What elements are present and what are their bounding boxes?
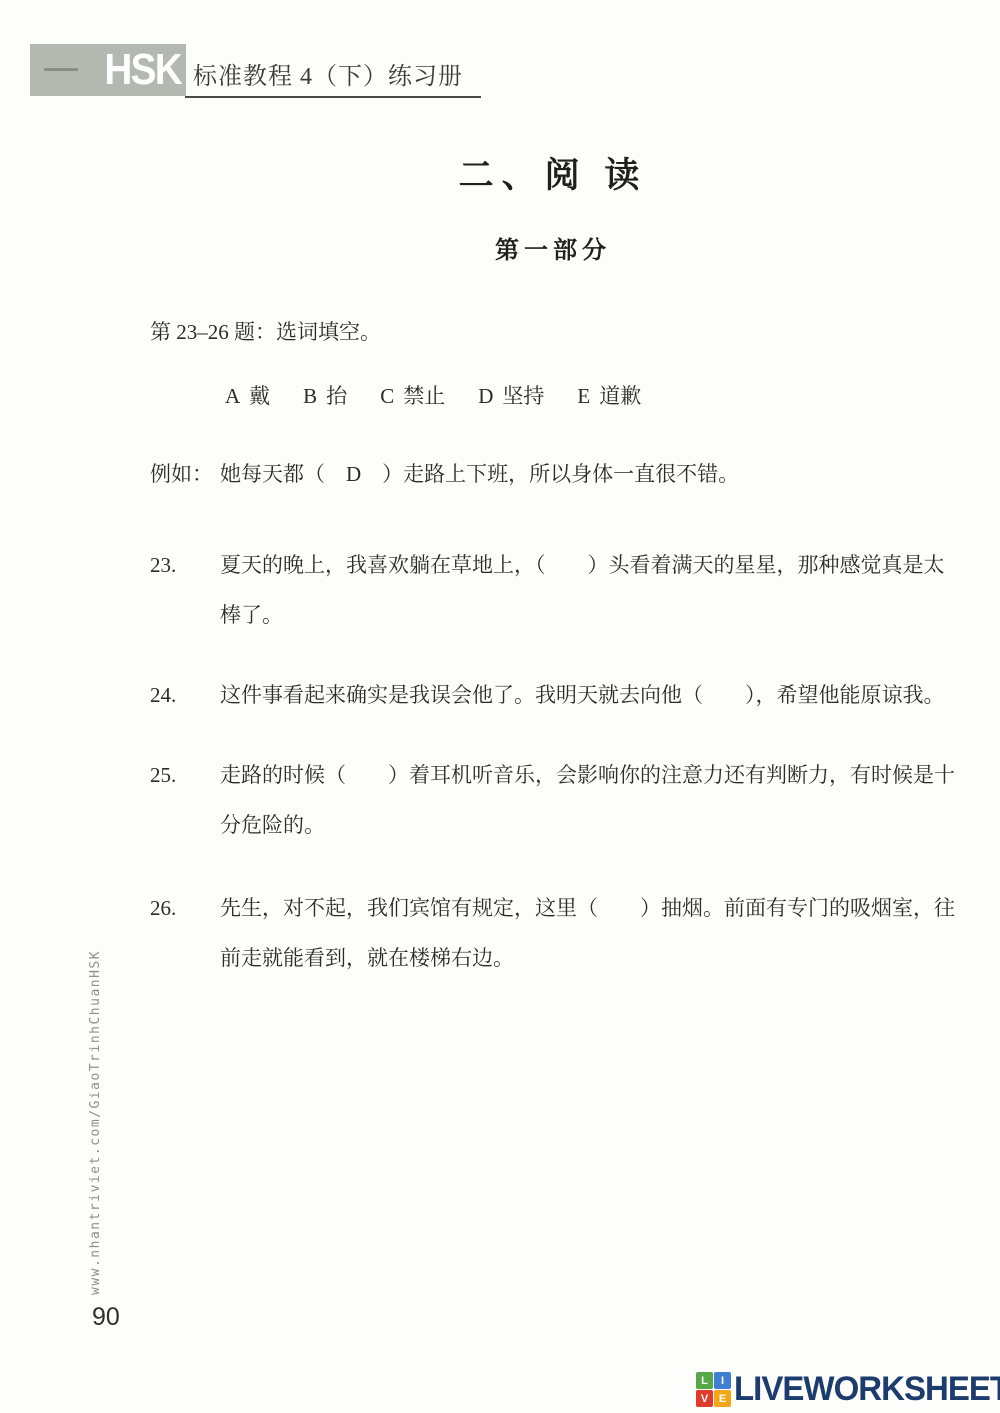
question-row-25: 25. 走路的时候（ ）着耳机听音乐，会影响你的注意力还有判断力，有时候是十分危… — [150, 760, 956, 850]
option-word: 道歉 — [599, 384, 641, 408]
exercise-instruction: 第 23–26 题：选词填空。 — [150, 316, 956, 346]
example-row: 例如： 她每天都（ D ）走路上下班，所以身体一直很不错。 — [150, 459, 956, 499]
logo-square-v: V — [696, 1390, 713, 1407]
word-option-e: E道歉 — [577, 380, 641, 410]
watermark-vertical-text: www.nhantriviet.com/GiaoTrinhChuanHSK — [88, 985, 103, 1295]
option-word: 抬 — [326, 384, 347, 408]
option-letter: A — [225, 384, 240, 408]
question-number: 26. — [150, 893, 220, 983]
question-number: 25. — [150, 760, 220, 850]
option-letter: B — [303, 384, 317, 408]
page-number: 90 — [92, 1303, 120, 1332]
content-column: 二、阅 读 第一部分 第 23–26 题：选词填空。 A戴 B抬 C禁止 D坚持… — [150, 0, 956, 983]
option-letter: D — [478, 384, 493, 408]
section-subtitle: 第一部分 — [150, 230, 956, 265]
word-option-b: B抬 — [303, 380, 347, 410]
word-bank: A戴 B抬 C禁止 D坚持 E道歉 — [225, 380, 956, 410]
word-option-a: A戴 — [225, 380, 270, 410]
option-word: 坚持 — [502, 384, 544, 408]
option-letter: C — [380, 384, 394, 408]
question-text: 走路的时候（ ）着耳机听音乐，会影响你的注意力还有判断力，有时候是十分危险的。 — [220, 750, 956, 850]
question-row-23: 23. 夏天的晚上，我喜欢躺在草地上，（ ）头看着满天的星星，那种感觉真是太棒了… — [150, 550, 956, 640]
workbook-page: HSK 标准教程 4（下）练习册 二、阅 读 第一部分 第 23–26 题：选词… — [0, 0, 1000, 1413]
liveworksheets-wordmark: LIVEWORKSHEETS — [734, 1370, 1000, 1409]
question-number: 24. — [150, 680, 220, 720]
logo-dash-decoration — [44, 68, 78, 71]
word-option-d: D坚持 — [478, 380, 544, 410]
question-row-26: 26. 先生，对不起，我们宾馆有规定，这里（ ）抽烟。前面有专门的吸烟室，往前走… — [150, 893, 956, 983]
logo-square-e: E — [714, 1390, 731, 1407]
example-label: 例如： — [150, 459, 220, 499]
question-text: 先生，对不起，我们宾馆有规定，这里（ ）抽烟。前面有专门的吸烟室，往前走就能看到… — [220, 883, 956, 983]
logo-square-l: L — [696, 1372, 713, 1389]
word-option-c: C禁止 — [380, 380, 445, 410]
section-title: 二、阅 读 — [150, 148, 956, 198]
liveworksheets-logo-grid: L I V E — [696, 1372, 731, 1407]
option-word: 禁止 — [403, 384, 445, 408]
liveworksheets-logo: L I V E LIVEWORKSHEETS — [696, 1370, 1000, 1409]
question-number: 23. — [150, 550, 220, 640]
example-text: 她每天都（ D ）走路上下班，所以身体一直很不错。 — [220, 449, 956, 499]
option-word: 戴 — [249, 384, 270, 408]
option-letter: E — [577, 384, 590, 408]
question-text: 这件事看起来确实是我误会他了。我明天就去向他（ ），希望他能原谅我。 — [220, 670, 956, 720]
question-row-24: 24. 这件事看起来确实是我误会他了。我明天就去向他（ ），希望他能原谅我。 — [150, 680, 956, 720]
question-text: 夏天的晚上，我喜欢躺在草地上，（ ）头看着满天的星星，那种感觉真是太棒了。 — [220, 540, 956, 640]
logo-square-i: I — [714, 1372, 731, 1389]
